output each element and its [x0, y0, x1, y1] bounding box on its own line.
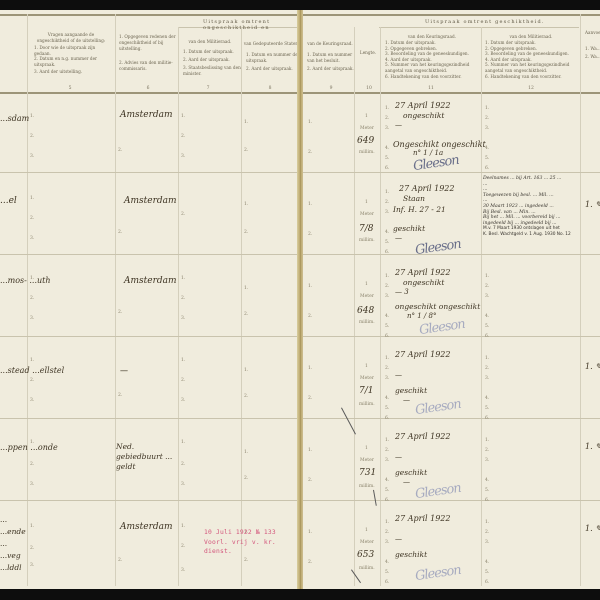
col13-scribble: 1. ✎ — [585, 442, 600, 451]
row-item-numbers: 1.2.3.4.5.6. — [385, 436, 389, 506]
col7-item-1: 1. Datum der uitspraak. — [183, 49, 241, 55]
row-item-numbers: 1.2.3.4.5.6. — [385, 354, 389, 424]
col8-title: van Gedeputeerde Staten — [243, 41, 299, 47]
row-item-number: 1. — [30, 440, 34, 445]
col8-item-1: 1. Datum en nummer der uitspraak. — [246, 52, 300, 64]
row-separator — [0, 254, 299, 255]
row2-verdict: geschikt — [393, 224, 425, 233]
row-item-number: 3. — [30, 398, 34, 403]
row3-margin-entry: ...mos- ...uth — [0, 276, 51, 286]
col12-item-6: 6. Handtekening van den voorzitter. — [485, 74, 579, 80]
height-mm: 731 — [359, 468, 376, 478]
stamp-line-2: Voorl. vrij v. kr. dienst. — [204, 538, 299, 556]
row-item-number: 2. — [30, 134, 34, 139]
row2-col12-notes: Deelnames ... bij Art. 163 ... 25 ... ..… — [483, 176, 583, 238]
col13-scribble: 1. ✎ — [585, 200, 600, 209]
row-item-number: 2. — [308, 478, 312, 483]
row-item-number: 2. — [244, 476, 248, 481]
col7-item-3: 3. Staatsbeslissing van den minister. — [183, 65, 241, 77]
row-item-numbers: 1.2.3.4.5.6. — [485, 104, 489, 174]
row-item-number: 2. — [181, 134, 185, 139]
row5-line5: — — [403, 478, 410, 486]
row-item-number: 3. — [30, 563, 34, 568]
row-item-number: 1. — [30, 358, 34, 363]
col10-title: Lengte. — [355, 50, 381, 56]
left-page: Uitspraak omtrent ongeschiktheid en Vrag… — [0, 10, 300, 590]
meter-label: Meter — [360, 376, 374, 381]
height-mm: 7/8 — [359, 224, 373, 234]
row-separator — [303, 254, 600, 255]
row-item-number: 2. — [244, 558, 248, 563]
row-item-number: 1. — [30, 524, 34, 529]
col-number-6: 6 — [138, 86, 158, 91]
row2-margin-entry: ...el — [0, 196, 17, 206]
row6-line3: — — [395, 535, 402, 543]
col11-item-5: 5. Nummer van het keuringsgezindheid aan… — [385, 62, 481, 73]
row6-col6-place: Amsterdam — [120, 522, 173, 532]
header-bottom-rule — [303, 92, 600, 94]
height-mm: 648 — [357, 306, 374, 316]
row-item-number: 3. — [181, 316, 185, 321]
right-page: Uitspraak omtrent geschiktheid. van de K… — [302, 10, 600, 590]
row-item-number: 1. — [181, 358, 185, 363]
meter-label: Meter — [360, 126, 374, 131]
col-number-8: 8 — [260, 86, 280, 91]
row4-line5: — — [403, 396, 410, 404]
col-number-12: 12 — [521, 86, 541, 91]
col13-scribble: 1. ✎ — [585, 362, 600, 371]
section-title-rule — [379, 27, 579, 28]
col-number-10: 10 — [359, 86, 379, 91]
scan-border-bottom — [0, 589, 600, 600]
row1-date: 27 April 1922 — [395, 101, 450, 110]
col13-scribble: 1. ✎ — [585, 524, 600, 533]
meter-label: Meter — [360, 212, 374, 217]
meter-label: Meter — [360, 458, 374, 463]
row6-date: 27 April 1922 — [395, 514, 450, 523]
row4-date: 27 April 1922 — [395, 350, 450, 359]
row-item-number: 1. — [244, 202, 248, 207]
row2-line2: Staan — [403, 194, 425, 203]
row-item-number: 2. — [244, 394, 248, 399]
row-item-number: 2. — [118, 230, 122, 235]
row-separator — [0, 336, 299, 337]
row1-margin-entry: ...sdam — [0, 114, 29, 123]
height-mm: 653 — [357, 550, 374, 560]
row-separator — [303, 500, 600, 501]
row-item-number: 1. — [308, 448, 312, 453]
mm-label: millim. — [359, 150, 375, 155]
row-item-number: 2. — [181, 212, 185, 217]
row-item-number: 2. — [181, 378, 185, 383]
header-top-rule — [303, 14, 600, 16]
row2-col6-place: Amsterdam — [124, 196, 177, 206]
row-item-number: 3. — [181, 568, 185, 573]
row-item-number: 2. — [308, 560, 312, 565]
row6-signature: Gleeson — [414, 563, 461, 584]
row-item-number: 1. — [244, 120, 248, 125]
col11-item-3: 3. Beoordeling van de geneeskundigen. — [385, 51, 481, 57]
row-item-number: 1. — [244, 450, 248, 455]
row-item-number: 1. — [308, 284, 312, 289]
col-divider — [481, 27, 482, 586]
height-meter: 1 — [365, 114, 368, 119]
row-item-number: 1. — [30, 114, 34, 119]
row-item-number: 3. — [181, 154, 185, 159]
row1-verdict: Ongeschikt ongeschikt — [393, 140, 486, 149]
row-item-number: 3. — [30, 154, 34, 159]
row-item-numbers: 1.2.3.4.5.6. — [385, 188, 389, 258]
meter-label: Meter — [360, 540, 374, 545]
col7-item-2: 2. Aard der uitspraak. — [183, 57, 241, 63]
col13-title: Aanvoering... — [585, 30, 600, 36]
row-item-number: 1. — [181, 276, 185, 281]
row-item-number: 2. — [308, 232, 312, 237]
row3-date: 27 April 1922 — [395, 268, 450, 277]
row4-verdict: geschikt — [395, 386, 427, 395]
row-item-number: 1. — [308, 120, 312, 125]
col5-title: Vragen aangaande de ongeschiktheid of de… — [32, 32, 110, 44]
col13-item-2: 2. Wa... ge... — [585, 54, 600, 60]
row-item-numbers: 1.2.3.4.5.6. — [485, 518, 489, 588]
col-divider — [178, 27, 179, 586]
row-item-number: 2. — [244, 312, 248, 317]
row5-verdict: geschikt — [395, 468, 427, 477]
row3-signature: Gleeson — [418, 317, 465, 338]
row-item-numbers: 1.2.3.4.5.6. — [485, 272, 489, 342]
row-item-number: 1. — [308, 202, 312, 207]
row5-signature: Gleeson — [414, 481, 461, 502]
col12-printed-stamp-line: K. Besl. Wachtgeld v. 1 Aug. 1930 No. 12 — [483, 232, 583, 238]
row-item-number: 2. — [118, 558, 122, 563]
col5-item-3: 3. Aard der uitstelling. — [34, 69, 112, 75]
row4-col6-place: — — [120, 366, 128, 375]
col9-item-1: 1. Datum en nummer van het besluit. — [307, 52, 357, 64]
height-meter: 1 — [365, 200, 368, 205]
row-item-number: 2. — [118, 148, 122, 153]
row-item-numbers: 1.2.3.4.5.6. — [385, 272, 389, 342]
row3-line2: ongeschikt — [403, 278, 444, 287]
section-title-ongeschiktheid: Uitspraak omtrent ongeschiktheid en — [203, 19, 300, 31]
row3-verdict: ongeschikt ongeschikt — [395, 302, 480, 311]
height-meter: 1 — [365, 528, 368, 533]
col9-title: van de Keuringsraad. — [305, 41, 355, 47]
col12-item-3: 3. Beoordeling van de geneeskundigen. — [485, 51, 579, 57]
row3-col6-place: Amsterdam — [124, 276, 177, 286]
row-item-number: 3. — [30, 482, 34, 487]
mm-label: millim. — [359, 566, 375, 571]
row-item-number: 1. — [30, 196, 34, 201]
pencil-stroke — [351, 569, 361, 583]
mm-label: millim. — [359, 320, 375, 325]
row-separator — [0, 172, 299, 173]
row4-signature: Gleeson — [414, 397, 461, 418]
col-divider — [241, 27, 242, 586]
row-item-number: 1. — [30, 276, 34, 281]
row-item-number: 1. — [181, 114, 185, 119]
height-meter: 1 — [365, 282, 368, 287]
row-item-number: 3. — [30, 316, 34, 321]
row-item-number: 2. — [118, 310, 122, 315]
row-item-numbers: 1.2.3.4.5.6. — [485, 354, 489, 424]
col11-items: 1. Datum der uitspraak. 2. Opgegeven geb… — [385, 40, 481, 79]
row5-margin-entry: ...ppen ...onde — [0, 442, 58, 454]
header-bottom-rule — [0, 92, 299, 94]
row-item-number: 1. — [308, 530, 312, 535]
col8-item-2: 2. Aard der uitspraak. — [246, 66, 300, 72]
row2-line5: — — [395, 234, 402, 242]
row-separator — [303, 336, 600, 337]
row-item-number: 1. — [308, 366, 312, 371]
row-item-number: 2. — [244, 148, 248, 153]
header-top-rule — [0, 14, 299, 16]
col11-item-6: 6. Handtekening van den voorzitter. — [385, 74, 481, 80]
row4-line3: — — [395, 371, 402, 379]
row1-line3: — — [395, 121, 402, 129]
row-item-number: 2. — [30, 296, 34, 301]
row-item-number: 2. — [30, 378, 34, 383]
row-item-number: 2. — [308, 314, 312, 319]
row1-line2: ongeschikt — [403, 111, 444, 120]
pencil-stroke — [373, 490, 377, 506]
col-number-11: 11 — [421, 86, 441, 91]
col7-title: van den Militieraad. — [181, 39, 239, 45]
row-item-number: 1. — [181, 440, 185, 445]
section-title-geschiktheid: Uitspraak omtrent geschiktheid. — [425, 19, 565, 25]
row-item-numbers: 1.2.3.4.5.6. — [485, 436, 489, 506]
col13-item-1: 1. Wa... — [585, 46, 600, 52]
row-item-number: 2. — [308, 150, 312, 155]
height-mm: 7/1 — [359, 386, 373, 396]
row3-verdict-number: n° 1 / 8° — [407, 312, 436, 320]
row3-line3: — 3 — [395, 288, 409, 296]
row-item-number: 2. — [30, 216, 34, 221]
row-item-number: 2. — [181, 544, 185, 549]
row-separator — [303, 172, 600, 173]
row-item-numbers: 1.2.3.4.5.6. — [385, 104, 389, 174]
col6-item-2: 2. Advies van den militie-commissaris. — [119, 60, 177, 72]
row6-verdict: geschikt — [395, 550, 427, 559]
row-item-number: 2. — [244, 230, 248, 235]
row5-col6-entry: Ned. gebiedbuurt ... geldt — [116, 442, 176, 472]
row-item-number: 3. — [181, 482, 185, 487]
row-item-number: 2. — [308, 396, 312, 401]
row-item-number: 3. — [181, 398, 185, 403]
col6-item-1: 1. Opgegeven redenen der ongeschiktheid … — [119, 34, 177, 52]
mm-label: millim. — [359, 484, 375, 489]
row-item-number: 2. — [30, 546, 34, 551]
col-divider — [354, 27, 355, 586]
row6-margin-entry: ... ...ende ... ...veg ...lddl — [0, 514, 28, 574]
col12-item-5: 5. Nummer van het keuringsgezindheid aan… — [485, 62, 579, 73]
height-meter: 1 — [365, 446, 368, 451]
row2-date: 27 April 1922 — [399, 184, 454, 193]
row-item-number: 1. — [244, 368, 248, 373]
row-separator — [0, 500, 299, 501]
height-mm: 649 — [357, 136, 374, 146]
mm-label: millim. — [359, 238, 375, 243]
row-item-number: 2. — [118, 393, 122, 398]
height-meter: 1 — [365, 364, 368, 369]
row5-date: 27 April 1922 — [395, 432, 450, 441]
row-item-number: 3. — [30, 236, 34, 241]
row-item-number: 2. — [181, 462, 185, 467]
row1-col6-place: Amsterdam — [120, 110, 173, 120]
col-number-9: 9 — [321, 86, 341, 91]
meter-label: Meter — [360, 294, 374, 299]
col12-items: 1. Datum der uitspraak. 2. Opgegeven geb… — [485, 40, 579, 79]
col-divider — [380, 27, 381, 586]
col-number-5: 5 — [60, 86, 80, 91]
col9-item-2: 2. Aard der uitspraak. — [307, 66, 357, 72]
stamp-line-1: 10 Juli 1922 № 133 — [204, 528, 276, 537]
col5-item-2: 2. Datum en n.g. nummer der uitspraak. — [34, 56, 112, 68]
row5-line3: — — [395, 453, 402, 461]
row-item-numbers: 1.2.3.4.5.6. — [385, 518, 389, 588]
row-item-number: 1. — [181, 524, 185, 529]
col-number-7: 7 — [198, 86, 218, 91]
mm-label: millim. — [359, 402, 375, 407]
row-separator — [0, 418, 299, 419]
row-item-number: 2. — [30, 462, 34, 467]
row-item-number: 1. — [244, 286, 248, 291]
row-item-number: 2. — [181, 296, 185, 301]
row2-line3: Inf. H. 27 - 21 — [393, 205, 446, 214]
